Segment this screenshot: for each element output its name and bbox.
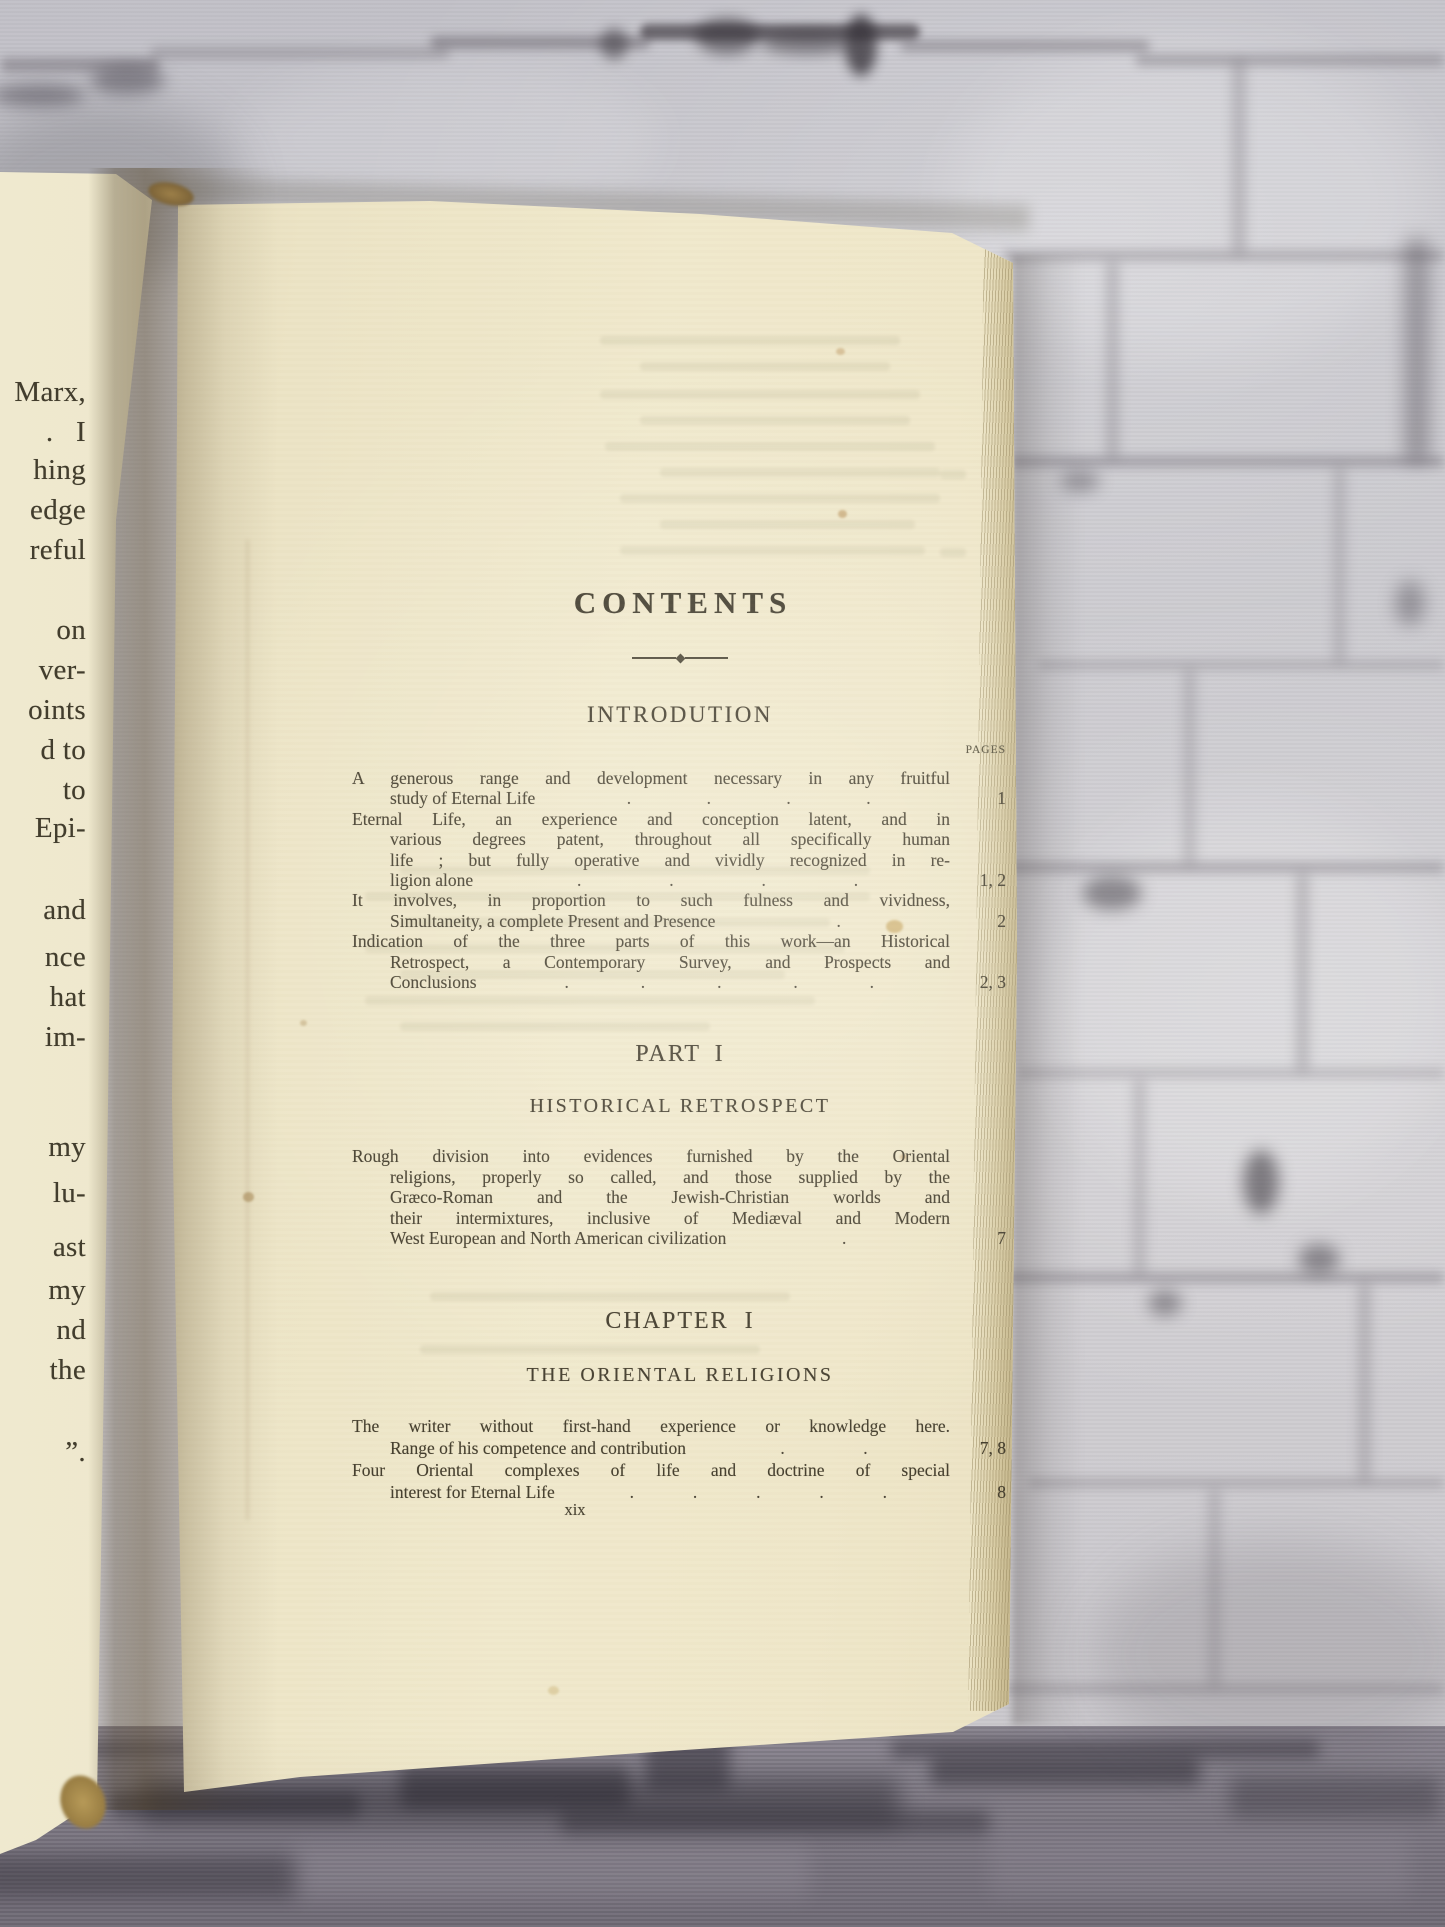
- left-page-text-fragment: im-: [45, 1023, 86, 1052]
- toc-entry-text: Range of his competence and contribution: [390, 1437, 686, 1459]
- left-page-text-fragment: oints: [28, 696, 86, 725]
- toc-entry-page-number: 7, 8: [954, 1437, 1008, 1459]
- chapter1-subheading: THE ORIENTAL RELIGIONS: [352, 1363, 1008, 1387]
- dot-leader: ..: [686, 1437, 954, 1459]
- toc-entry-line: Eternal Life, an experience and concepti…: [352, 809, 950, 829]
- left-page-text-fragment: my: [48, 1133, 86, 1162]
- toc-entry-line: Four Oriental complexes of life and doct…: [352, 1459, 950, 1481]
- table-of-contents: CONTENTS INTRODUTION PAGES A generous ra…: [352, 585, 1008, 1503]
- show-through-line: [640, 362, 890, 371]
- left-page-text-fragment: on: [56, 616, 86, 645]
- toc-entry-line: ligion alone....1, 2: [352, 870, 1008, 890]
- left-page-text-fragment: hing: [33, 456, 86, 485]
- dot-leader: .: [715, 911, 954, 931]
- toc-entry-line: Simultaneity, a complete Present and Pre…: [352, 911, 1008, 931]
- left-page-text-fragment: ”.: [65, 1438, 86, 1467]
- book-photo: Marx,. Ihingedgerefulonver-ointsd totoEp…: [0, 0, 1445, 1927]
- foxing-spot: [548, 1686, 559, 1695]
- dot-leader: .....: [477, 972, 954, 992]
- toc-entry-line: Range of his competence and contribution…: [352, 1437, 1008, 1459]
- left-page-text-fragment: the: [50, 1356, 86, 1385]
- toc-entry-page-number: 8: [954, 1481, 1008, 1503]
- left-page-text-fragment: ast: [53, 1233, 86, 1262]
- toc-entry-text: interest for Eternal Life: [390, 1481, 555, 1503]
- foxing-spot: [836, 348, 845, 355]
- chapter1-heading: CHAPTER I: [352, 1307, 1008, 1335]
- show-through-line: [620, 546, 925, 555]
- show-through-line: [660, 520, 915, 529]
- chapter1-entries: The writer without first-hand experience…: [352, 1415, 1008, 1503]
- toc-entry-line: Rough division into evidences furnished …: [352, 1146, 950, 1166]
- left-page-text-fragment: Marx,: [14, 378, 86, 407]
- toc-entry-line: Græco-Roman and the Jewish-Christian wor…: [352, 1187, 950, 1207]
- toc-entry-line: life ; but fully operative and vividly r…: [352, 850, 950, 870]
- toc-entry-text: Conclusions: [390, 972, 477, 992]
- left-page-text-fragment: to: [63, 776, 86, 805]
- toc-entry-line: study of Eternal Life....1: [352, 788, 1008, 808]
- left-page-text: Marx,. Ihingedgerefulonver-ointsd totoEp…: [0, 0, 90, 1927]
- toc-entry-line: Conclusions.....2, 3: [352, 972, 1008, 992]
- introduction-heading: INTRODUTION: [352, 702, 1008, 728]
- toc-entry-page-number: 7: [954, 1228, 1008, 1248]
- page-number: xix: [545, 1500, 605, 1520]
- left-page-text-fragment: lu-: [53, 1179, 86, 1208]
- toc-entry-text: ligion alone: [390, 870, 473, 890]
- left-page-text-fragment: d to: [40, 736, 86, 765]
- part1-heading: PART I: [352, 1040, 1008, 1068]
- divider-line: [632, 657, 676, 659]
- dot-leader: ....: [535, 788, 954, 808]
- dot-leader: .....: [555, 1481, 954, 1503]
- left-page-text-fragment: ver-: [39, 656, 86, 685]
- toc-entry-line: their intermixtures, inclusive of Mediæv…: [352, 1208, 950, 1228]
- divider-ornament: [632, 654, 728, 662]
- toc-entry-line: It involves, in proportion to such fulne…: [352, 890, 950, 910]
- show-through-line: [620, 494, 940, 503]
- contents-title: CONTENTS: [352, 585, 1008, 620]
- toc-entry-text: West European and North American civiliz…: [390, 1228, 726, 1248]
- introduction-entries: A generous range and development necessa…: [352, 768, 1008, 992]
- dot-leader: .: [726, 1228, 954, 1248]
- toc-entry-line: interest for Eternal Life.....8: [352, 1481, 1008, 1503]
- toc-entry-line: various degrees patent, throughout all s…: [352, 829, 950, 849]
- left-page-text-fragment: reful: [30, 536, 86, 565]
- show-through-line: [600, 390, 920, 399]
- page-crease: [246, 540, 249, 1520]
- left-page-text-fragment: Epi-: [35, 814, 86, 843]
- toc-entry-page-number: 2: [954, 911, 1008, 931]
- show-through-line: [605, 442, 935, 451]
- show-through-line: [660, 468, 940, 477]
- show-through-line: [600, 336, 900, 345]
- pages-column-label: PAGES: [352, 744, 1008, 756]
- divider-line: [685, 657, 729, 659]
- left-page-text-fragment: my: [48, 1276, 86, 1305]
- toc-entry-text: Simultaneity, a complete Present and Pre…: [390, 911, 715, 931]
- show-through-line: [940, 548, 966, 557]
- toc-entry-page-number: 1, 2: [954, 870, 1008, 890]
- left-page-text-fragment: hat: [50, 983, 86, 1012]
- left-page-text-fragment: nce: [45, 943, 86, 972]
- left-page-text-fragment: . I: [46, 418, 86, 447]
- toc-entry-page-number: 1: [954, 788, 1008, 808]
- toc-entry-text: study of Eternal Life: [390, 788, 535, 808]
- foxing-spot: [838, 510, 847, 518]
- left-page-text-fragment: nd: [56, 1316, 86, 1345]
- toc-entry-line: Retrospect, a Contemporary Survey, and P…: [352, 952, 950, 972]
- toc-entry-line: West European and North American civiliz…: [352, 1228, 1008, 1248]
- toc-entry-line: religions, properly so called, and those…: [352, 1167, 950, 1187]
- part1-subheading: HISTORICAL RETROSPECT: [352, 1094, 1008, 1118]
- toc-entry-line: A generous range and development necessa…: [352, 768, 950, 788]
- part1-entries: Rough division into evidences furnished …: [352, 1146, 1008, 1248]
- left-page-text-fragment: edge: [30, 496, 86, 525]
- toc-entry-page-number: 2, 3: [954, 972, 1008, 992]
- show-through-line: [640, 416, 910, 425]
- diamond-ornament-icon: [675, 653, 685, 663]
- dot-leader: ....: [473, 870, 954, 890]
- foxing-spot: [300, 1020, 307, 1026]
- toc-entry-line: Indication of the three parts of this wo…: [352, 931, 950, 951]
- toc-entry-line: The writer without first-hand experience…: [352, 1415, 950, 1437]
- left-page-text-fragment: and: [43, 896, 86, 925]
- show-through-line: [940, 470, 966, 479]
